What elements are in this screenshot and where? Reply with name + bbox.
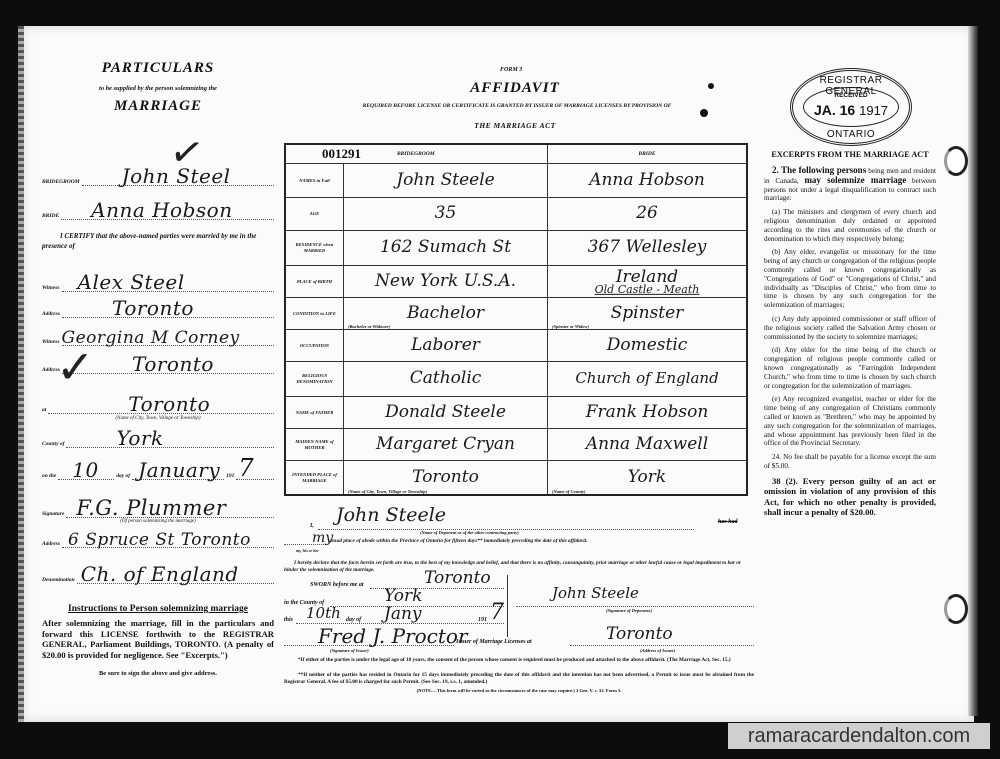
at-value: Toronto (128, 392, 210, 416)
certify-text: I CERTIFY that the above-named parties w… (42, 231, 274, 251)
table-header: 001291 BRIDEGROOM BRIDE (286, 145, 746, 163)
day-of-label: day of (116, 473, 130, 480)
witness1-field: Witness Alex Steel (42, 266, 274, 292)
address1-field: Address Toronto (42, 294, 274, 318)
month-value: January (138, 458, 220, 482)
punch-hole-icon (944, 594, 968, 624)
stamp-day: JA. 16 (814, 102, 855, 118)
instructions-title: Instructions to Person solemnizing marri… (42, 604, 274, 614)
clause-a: (a) The ministers and clergymen of every… (764, 208, 936, 243)
section-2: 2. The following persons being men and r… (764, 166, 936, 203)
instructions-body: After solemnizing the marriage, fill in … (42, 618, 274, 660)
groom-condition: Bachelor (344, 303, 547, 323)
issuer-address: Toronto (606, 624, 673, 644)
deponent-caption: (Name of Deponent or of the other contra… (420, 530, 519, 535)
footnote-2: **If neither of the parties has resided … (284, 672, 754, 685)
row-label: AGE (286, 198, 344, 230)
bride-father: Frank Hobson (548, 402, 746, 422)
form-number: FORM 3 (500, 67, 522, 73)
groom-mother: Margaret Cryan (344, 434, 547, 454)
abode-caption: my, his or her (296, 548, 319, 553)
denomination-field: Denomination Ch. of England (42, 556, 274, 584)
witness1-value: Alex Steel (78, 270, 185, 294)
abode-text: usual place of abode within the Province… (330, 538, 588, 544)
page-edge-right (968, 26, 978, 716)
instructions-note: Be sure to sign the above and give addre… (42, 670, 274, 677)
instructions-section: Instructions to Person solemnizing marri… (42, 604, 274, 677)
affidavit-title: AFFIDAVIT (440, 80, 590, 97)
at-caption: (Name of City, Town, Village or Township… (42, 416, 274, 421)
county-field: County of York (42, 424, 274, 448)
table-row: RESIDENCE when MARRIED 162 Sumach St 367… (286, 230, 746, 265)
row-label: OCCUPATION (286, 330, 344, 361)
section-38: 38 (2). Every person guilty of an act or… (764, 476, 936, 518)
ink-spot (708, 83, 714, 89)
day-value: 10 (72, 458, 98, 482)
bride-occupation: Domestic (548, 335, 746, 355)
row-label: MAIDEN NAME of MOTHER (286, 429, 344, 460)
punch-hole-icon (944, 146, 968, 176)
checkmark-icon: ✓ (56, 340, 95, 394)
table-row: CONDITION in LIFE Bachelor(Bachelor or W… (286, 297, 746, 329)
deponent-signature: John Steele (552, 584, 639, 602)
clause-e: (e) Any recognized evangelist, teacher o… (764, 395, 936, 448)
clause-d: (d) Any elder for the time being of the … (764, 346, 936, 390)
witness1-label: Witness (42, 285, 60, 292)
signature-field: Signature F.G. Plummer (42, 490, 274, 518)
address2-value: Toronto (132, 352, 214, 376)
row-label: NAMES in Full (286, 164, 344, 197)
stamp-received: RECEIVED (793, 92, 909, 99)
bride-mother: Anna Maxwell (548, 434, 746, 454)
officiant-address-value: 6 Spruce St Toronto (68, 530, 251, 550)
date-field: on the 10 day of January 191 7 (42, 452, 274, 480)
table-row: AGE 35 26 (286, 197, 746, 230)
particulars-title: PARTICULARS (42, 60, 274, 77)
footnote-1: *If either of the parties is under the l… (284, 657, 754, 664)
bride-value: Anna Hobson (91, 198, 232, 222)
bridegroom-field: BRIDEGROOM John Steel (42, 160, 274, 186)
bride-residence: 367 Wellesley (548, 237, 746, 257)
row-label: NAME of FATHER (286, 397, 344, 428)
issuer-signature-caption: (Signature of Issuer) (330, 648, 369, 653)
sworn-county: York (384, 586, 422, 606)
bride-field: BRIDE Anna Hobson (42, 196, 274, 220)
groom-name: John Steele (344, 170, 547, 190)
row-label: INTENDED PLACE of MARRIAGE (286, 461, 344, 494)
divider (507, 575, 508, 637)
county-label: County of (42, 441, 64, 448)
sworn-place: Toronto (424, 568, 491, 588)
groom-religion: Catholic (344, 368, 547, 388)
row-label: RESIDENCE when MARRIED (286, 231, 344, 265)
col-bride: BRIDE (638, 151, 655, 157)
year-value: 7 (238, 454, 254, 482)
bridegroom-label: BRIDEGROOM (42, 179, 80, 186)
watermark: ramaracardendalton.com (728, 723, 990, 749)
groom-intended-place: Toronto (344, 467, 547, 487)
sworn-label: SWORN before me at (310, 582, 364, 588)
bride-birthplace-detail: Old Castle - Meath (548, 283, 746, 296)
table-row: PLACE of BIRTH New York U.S.A. Ireland O… (286, 265, 746, 297)
excerpts-section: EXCERPTS FROM THE MARRIAGE ACT 2. The fo… (764, 150, 936, 523)
groom-father: Donald Steele (344, 402, 547, 422)
bride-name: Anna Hobson (548, 170, 746, 190)
address1-value: Toronto (112, 296, 194, 320)
clause-b: (b) Any elder, evangelist or missionary … (764, 248, 936, 310)
row-label: RELIGIOUS DENOMINATION (286, 362, 344, 396)
county-value: York (116, 426, 163, 450)
denomination-label: Denomination (42, 577, 75, 584)
marriage-title: MARRIAGE (42, 98, 274, 115)
at-field: at Toronto (42, 388, 274, 414)
officiant-address-label: Address (42, 541, 60, 548)
section-24: 24. No fee shall be payable for a licens… (764, 453, 936, 471)
deponent-prefix: I, (310, 523, 314, 529)
at-label: at (42, 407, 46, 414)
sworn-day-of-label: day of (346, 617, 361, 623)
groom-occupation: Laborer (344, 335, 547, 355)
this-label: this (284, 617, 293, 623)
sworn-year: 7 (490, 600, 504, 625)
sworn-month: Jany (384, 604, 422, 624)
deponent-signature-caption: (Signature of Deponent.) (606, 608, 652, 613)
groom-place-note: (Name of City, Town, Village or Township… (348, 489, 427, 494)
table-row: INTENDED PLACE of MARRIAGE Toronto(Name … (286, 460, 746, 494)
declaration-text: I hereby declare that the facts herein s… (284, 560, 754, 574)
stamp-bottom-text: ONTARIO (793, 129, 909, 140)
issuer-signature: Fred J. Proctor (318, 624, 468, 648)
ink-spot (700, 109, 708, 117)
affidavit-requirement: REQUIRED BEFORE LICENSE OR CERTIFICATE I… (282, 103, 752, 109)
bride-religion: Church of England (548, 369, 746, 387)
table-row: NAME of FATHER Donald Steele Frank Hobso… (286, 396, 746, 428)
groom-birthplace: New York U.S.A. (344, 271, 547, 291)
issuer-address-caption: (Address of Issuer) (640, 648, 675, 653)
on-the-label: on the (42, 473, 56, 480)
has-had-label: has had (718, 519, 738, 525)
officiant-address-field: Address 6 Spruce St Toronto (42, 522, 274, 548)
table-row: NAMES in Full John Steele Anna Hobson (286, 163, 746, 197)
bride-intended-place: York (548, 467, 746, 487)
denomination-value: Ch. of England (81, 562, 239, 586)
col-bridegroom: BRIDEGROOM (397, 151, 435, 157)
groom-residence: 162 Sumach St (344, 237, 547, 257)
bride-age: 26 (548, 203, 746, 223)
signature-label: Signature (42, 511, 64, 518)
bride-label: BRIDE (42, 213, 59, 220)
particulars-subtitle: to be supplied by the person solemnizing… (42, 85, 274, 92)
sworn-day: 10th (306, 604, 341, 622)
registrar-received-stamp: REGISTRAR GENERAL RECEIVED JA. 16 1917 O… (790, 68, 912, 146)
row-label: CONDITION in LIFE (286, 298, 344, 329)
affidavit-table: 001291 BRIDEGROOM BRIDE NAMES in Full Jo… (284, 143, 748, 496)
serial-number: 001291 (322, 146, 361, 162)
bride-place-note: (Name of County) (552, 489, 586, 494)
sworn-year-prefix: 191 (478, 617, 487, 623)
table-row: MAIDEN NAME of MOTHER Margaret Cryan Ann… (286, 428, 746, 460)
stamp-year: 1917 (859, 103, 888, 118)
stamp-date: JA. 16 1917 (793, 102, 909, 118)
deponent-name: John Steele (336, 504, 446, 526)
row-label: PLACE of BIRTH (286, 266, 344, 297)
page-edge-left (18, 26, 24, 722)
table-row: OCCUPATION Laborer Domestic (286, 329, 746, 361)
year-prefix: 191 (226, 473, 234, 480)
address1-label: Address (42, 311, 60, 318)
bride-condition: Spinster (548, 303, 746, 323)
table-row: RELIGIOUS DENOMINATION Catholic Church o… (286, 361, 746, 396)
signature-value: F.G. Plummer (76, 496, 226, 520)
excerpts-title: EXCERPTS FROM THE MARRIAGE ACT (764, 150, 936, 160)
issuer-label: Issuer of Marriage Licenses at (456, 639, 532, 645)
form-note: (NOTE.—This form will be varied as the c… (284, 688, 754, 693)
affidavit-act: THE MARRIAGE ACT (440, 121, 590, 130)
groom-age: 35 (344, 203, 547, 223)
clause-c: (c) Any duly appointed commissioner or s… (764, 315, 936, 341)
particulars-section: PARTICULARS to be supplied by the person… (42, 60, 274, 115)
